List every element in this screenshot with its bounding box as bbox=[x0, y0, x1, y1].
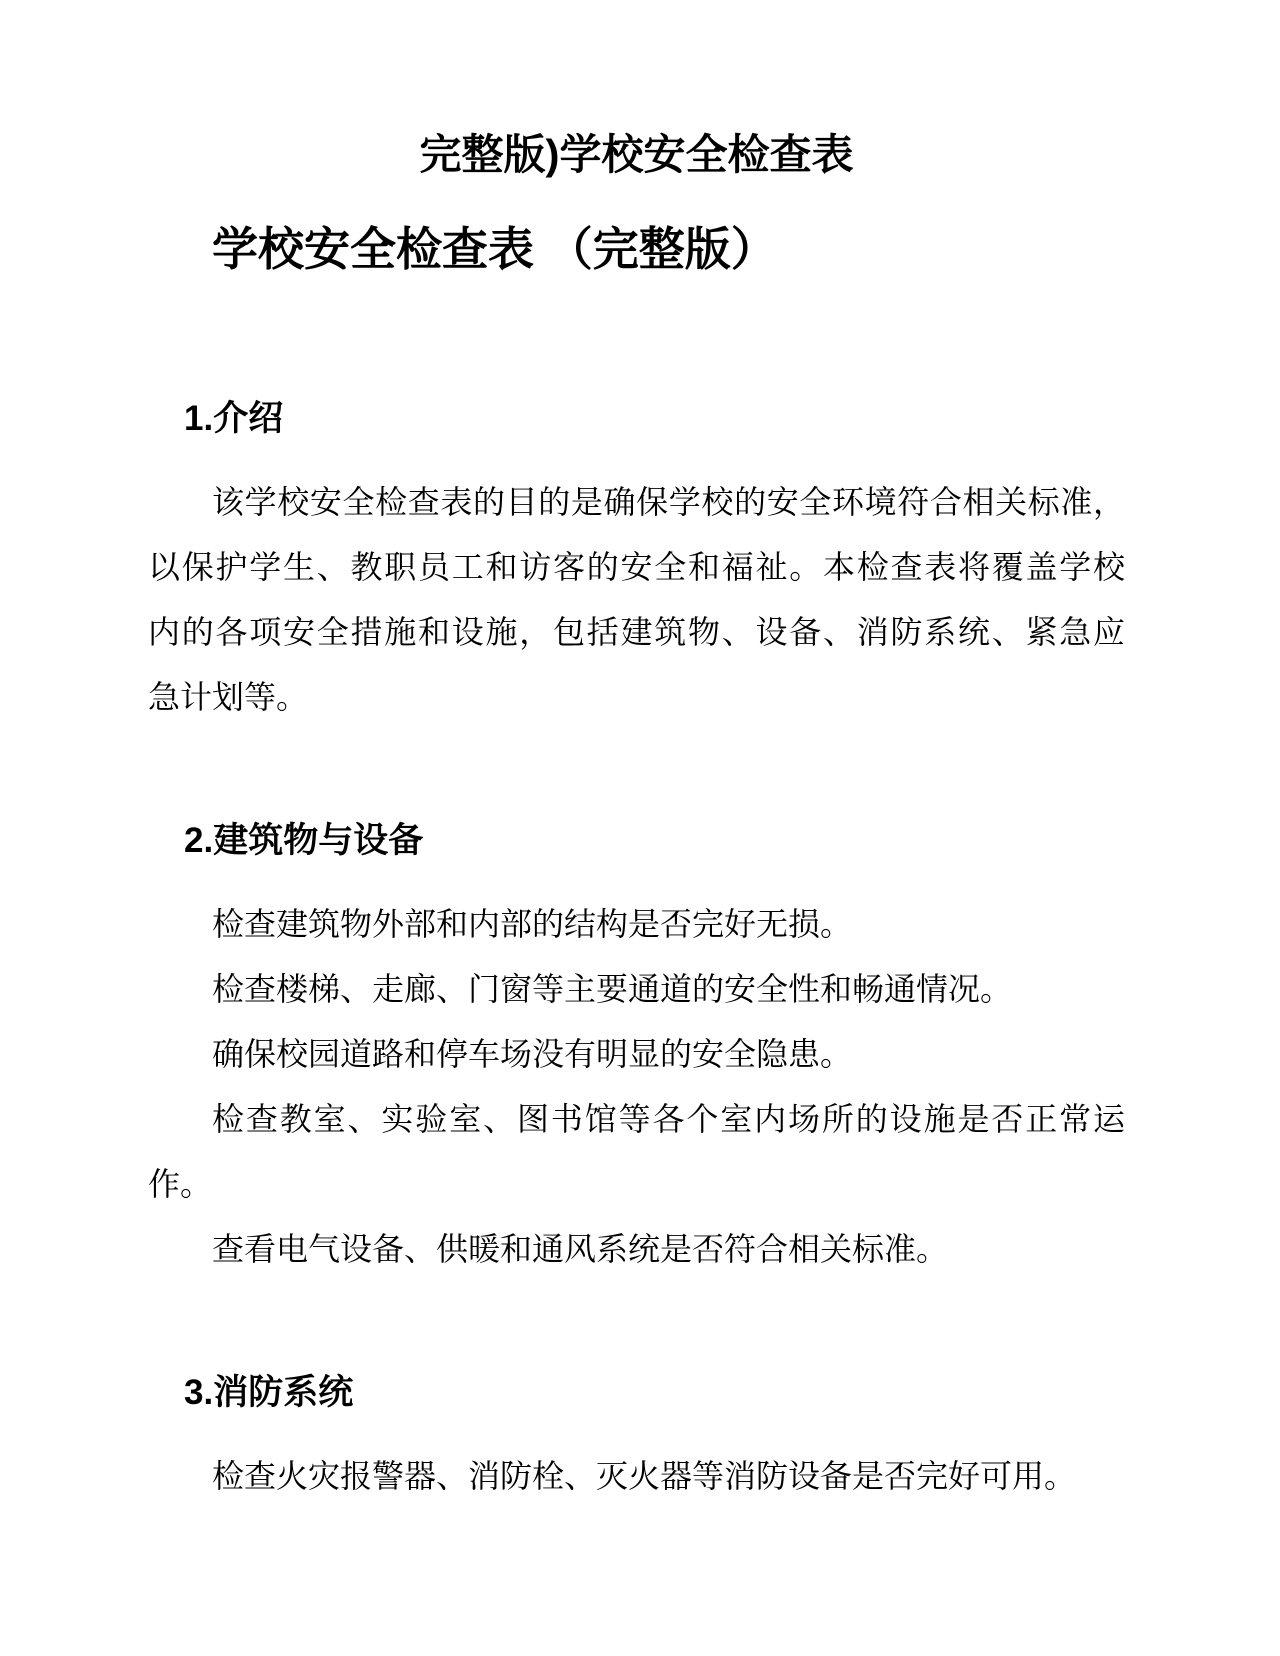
paragraph-line: 该学校安全检查表的目的是确保学校的安全环境符合相关标准， bbox=[148, 470, 1125, 535]
section-introduction: 1.介绍 该学校安全检查表的目的是确保学校的安全环境符合相关标准， 以保护学生、… bbox=[148, 396, 1125, 730]
section-heading: 1.介绍 bbox=[184, 396, 1125, 442]
paragraph-line: 急计划等。 bbox=[148, 665, 1125, 730]
paragraph: 查看电气设备、供暖和通风系统是否符合相关标准。 bbox=[148, 1217, 1125, 1282]
document-page: 完整版)学校安全检查表 学校安全检查表 （完整版） 1.介绍 该学校安全检查表的… bbox=[0, 0, 1280, 1656]
paragraph-line: 检查火灾报警器、消防栓、灭火器等消防设备是否完好可用。 bbox=[148, 1444, 1125, 1509]
section-heading: 3.消防系统 bbox=[184, 1370, 1125, 1416]
document-title: 完整版)学校安全检查表 bbox=[148, 128, 1125, 182]
paragraph-line: 查看电气设备、供暖和通风系统是否符合相关标准。 bbox=[148, 1217, 1125, 1282]
paragraph: 确保校园道路和停车场没有明显的安全隐患。 bbox=[148, 1022, 1125, 1087]
section-heading: 2.建筑物与设备 bbox=[184, 818, 1125, 864]
paragraph-line: 检查建筑物外部和内部的结构是否完好无损。 bbox=[148, 892, 1125, 957]
paragraph-line: 以保护学生、教职员工和访客的安全和福祉。本检查表将覆盖学校 bbox=[148, 535, 1125, 600]
paragraph: 检查教室、实验室、图书馆等各个室内场所的设施是否正常运 作。 bbox=[148, 1087, 1125, 1217]
paragraph-line: 作。 bbox=[148, 1152, 1125, 1217]
document-subtitle: 学校安全检查表 （完整版） bbox=[212, 220, 1125, 278]
paragraph-line: 检查楼梯、走廊、门窗等主要通道的安全性和畅通情况。 bbox=[148, 957, 1125, 1022]
paragraph: 检查楼梯、走廊、门窗等主要通道的安全性和畅通情况。 bbox=[148, 957, 1125, 1022]
section-buildings-equipment: 2.建筑物与设备 检查建筑物外部和内部的结构是否完好无损。 检查楼梯、走廊、门窗… bbox=[148, 818, 1125, 1282]
paragraph: 检查建筑物外部和内部的结构是否完好无损。 bbox=[148, 892, 1125, 957]
paragraph: 检查火灾报警器、消防栓、灭火器等消防设备是否完好可用。 bbox=[148, 1444, 1125, 1509]
paragraph: 该学校安全检查表的目的是确保学校的安全环境符合相关标准， 以保护学生、教职员工和… bbox=[148, 470, 1125, 730]
paragraph-line: 检查教室、实验室、图书馆等各个室内场所的设施是否正常运 bbox=[148, 1087, 1125, 1152]
section-fire-systems: 3.消防系统 检查火灾报警器、消防栓、灭火器等消防设备是否完好可用。 bbox=[148, 1370, 1125, 1509]
paragraph-line: 确保校园道路和停车场没有明显的安全隐患。 bbox=[148, 1022, 1125, 1087]
paragraph-line: 内的各项安全措施和设施，包括建筑物、设备、消防系统、紧急应 bbox=[148, 600, 1125, 665]
